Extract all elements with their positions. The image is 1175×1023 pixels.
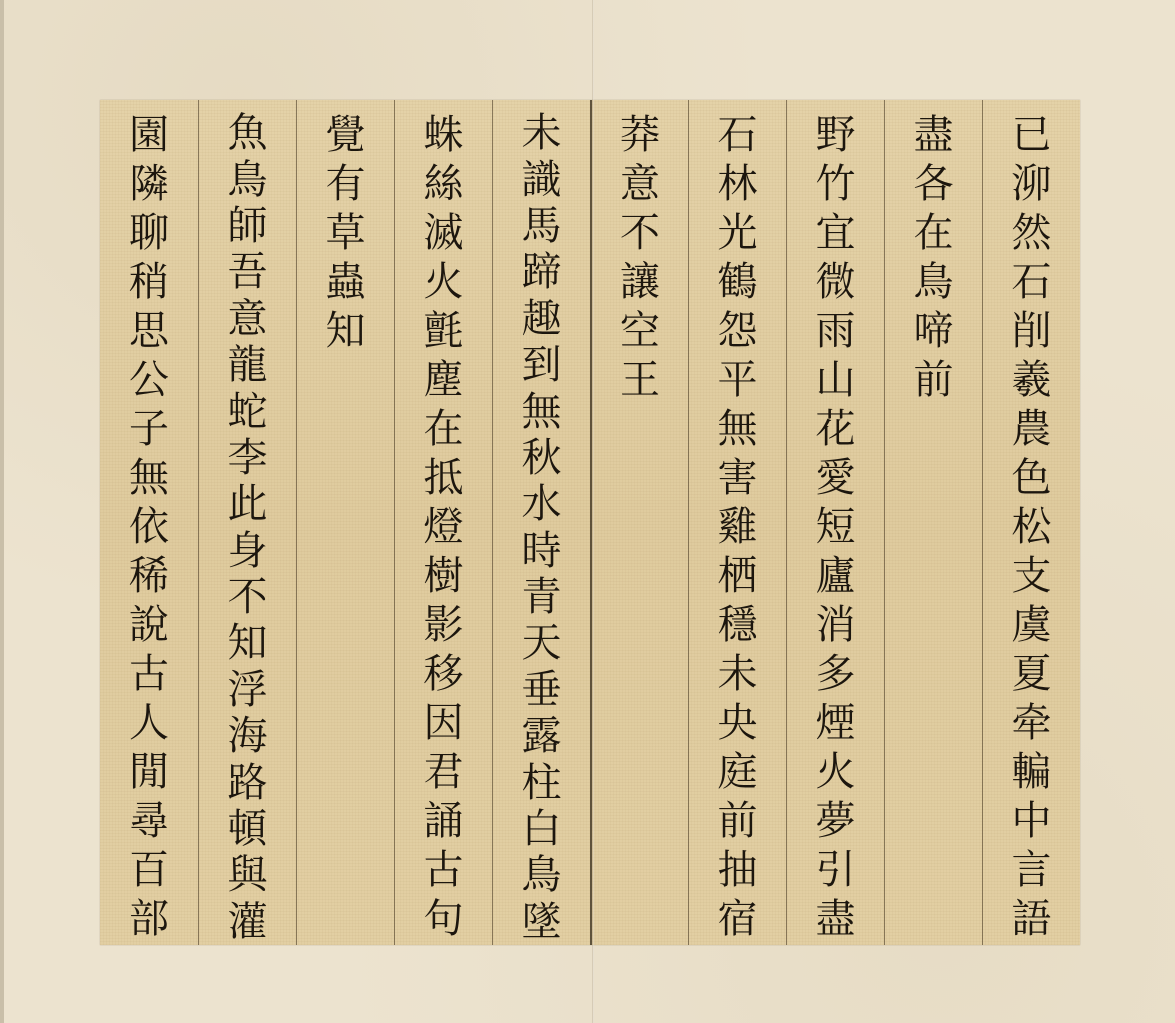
- calligraphy-character: 閒: [129, 747, 169, 796]
- calligraphy-character: 引: [816, 845, 856, 894]
- calligraphy-character: 短: [816, 502, 856, 551]
- calligraphy-character: 庭: [718, 747, 758, 796]
- calligraphy-character: 句: [424, 894, 464, 943]
- calligraphy-character: 花: [816, 404, 856, 453]
- calligraphy-character: 移: [424, 649, 464, 698]
- calligraphy-character: 夢: [816, 796, 856, 845]
- calligraphy-character: 水: [522, 481, 562, 527]
- calligraphy-character: 在: [424, 404, 464, 453]
- calligraphy-character: 有: [326, 159, 366, 208]
- calligraphy-character: 怨: [718, 306, 758, 355]
- calligraphy-character: 燈: [424, 502, 464, 551]
- calligraphy-character: 影: [424, 600, 464, 649]
- calligraphy-character: 然: [1012, 208, 1052, 257]
- calligraphy-character: 山: [816, 355, 856, 404]
- calligraphy-character: 未: [718, 649, 758, 698]
- calligraphy-character: 馬: [522, 203, 562, 249]
- calligraphy-character: 稀: [129, 551, 169, 600]
- calligraphy-character: 鳥: [228, 156, 268, 202]
- calligraphy-character: 無: [129, 453, 169, 502]
- calligraphy-character: 公: [129, 355, 169, 404]
- calligraphy-character: 蛛: [424, 110, 464, 159]
- calligraphy-character: 天: [522, 620, 562, 666]
- calligraphy-character: 覺: [326, 110, 366, 159]
- calligraphy-character: 趣: [522, 296, 562, 342]
- calligraphy-character: 稍: [129, 257, 169, 306]
- text-columns: 已泖然石削羲農色松支虞夏牵䡢中言語 盡各在鳥啼前 野竹宜微雨山花愛短廬消多煙火夢…: [100, 100, 1080, 945]
- calligraphy-character: 海: [228, 713, 268, 759]
- calligraphy-character: 鳥: [522, 852, 562, 898]
- calligraphy-character: 火: [424, 257, 464, 306]
- calligraphy-character: 已: [1012, 110, 1052, 159]
- calligraphy-character: 與: [228, 852, 268, 898]
- calligraphy-character: 羲: [1012, 355, 1052, 404]
- calligraphy-character: 蛇: [228, 388, 268, 434]
- text-column-4: 石林光鶴怨平無害雞栖穩未央庭前抽宿: [688, 100, 786, 945]
- calligraphy-character: 百: [129, 845, 169, 894]
- calligraphy-character: 松: [1012, 502, 1052, 551]
- calligraphy-character: 露: [522, 713, 562, 759]
- calligraphy-character: 火: [816, 747, 856, 796]
- calligraphy-character: 知: [326, 306, 366, 355]
- calligraphy-character: 支: [1012, 551, 1052, 600]
- calligraphy-character: 識: [522, 156, 562, 202]
- calligraphy-character: 莽: [620, 110, 660, 159]
- calligraphy-character: 浮: [228, 667, 268, 713]
- calligraphy-character: 身: [228, 528, 268, 574]
- text-column-7: 蛛絲滅火氈塵在抵燈樹影移因君誦古句: [394, 100, 492, 945]
- page-edge: [0, 0, 4, 1023]
- center-fold: [592, 0, 594, 1023]
- calligraphy-character: 思: [129, 306, 169, 355]
- calligraphy-character: 王: [620, 355, 660, 404]
- calligraphy-character: 時: [522, 528, 562, 574]
- text-column-1: 已泖然石削羲農色松支虞夏牵䡢中言語: [982, 100, 1080, 945]
- calligraphy-character: 路: [228, 759, 268, 805]
- calligraphy-character: 平: [718, 355, 758, 404]
- calligraphy-character: 此: [228, 481, 268, 527]
- calligraphy-character: 古: [129, 649, 169, 698]
- calligraphy-character: 子: [129, 404, 169, 453]
- calligraphy-character: 讓: [620, 257, 660, 306]
- calligraphy-character: 抵: [424, 453, 464, 502]
- calligraphy-character: 吾: [228, 249, 268, 295]
- calligraphy-character: 李: [228, 435, 268, 481]
- calligraphy-character: 盡: [914, 110, 954, 159]
- calligraphy-character: 前: [718, 796, 758, 845]
- calligraphy-character: 抽: [718, 845, 758, 894]
- text-column-6: 未識馬蹄趣到無秋水時青天垂露柱白鳥墜: [492, 100, 590, 945]
- calligraphy-character: 空: [620, 306, 660, 355]
- calligraphy-character: 雨: [816, 306, 856, 355]
- calligraphy-character: 微: [816, 257, 856, 306]
- calligraphy-character: 盡: [816, 894, 856, 943]
- calligraphy-character: 灌: [228, 899, 268, 945]
- calligraphy-character: 栖: [718, 551, 758, 600]
- calligraphy-character: 林: [718, 159, 758, 208]
- calligraphy-character: 野: [816, 110, 856, 159]
- calligraphy-character: 白: [522, 806, 562, 852]
- calligraphy-character: 夏: [1012, 649, 1052, 698]
- text-column-2: 盡各在鳥啼前: [884, 100, 982, 945]
- calligraphy-character: 人: [129, 698, 169, 747]
- silk-panel: 已泖然石削羲農色松支虞夏牵䡢中言語 盡各在鳥啼前 野竹宜微雨山花愛短廬消多煙火夢…: [100, 100, 1080, 945]
- calligraphy-character: 䡢: [1012, 747, 1052, 796]
- text-column-8: 覺有草蟲知: [296, 100, 394, 945]
- calligraphy-character: 雞: [718, 502, 758, 551]
- calligraphy-character: 龍: [228, 342, 268, 388]
- calligraphy-character: 依: [129, 502, 169, 551]
- calligraphy-character: 石: [1012, 257, 1052, 306]
- calligraphy-character: 在: [914, 208, 954, 257]
- calligraphy-character: 愛: [816, 453, 856, 502]
- calligraphy-character: 尋: [129, 796, 169, 845]
- calligraphy-character: 中: [1012, 796, 1052, 845]
- calligraphy-character: 牵: [1012, 698, 1052, 747]
- calligraphy-character: 到: [522, 342, 562, 388]
- calligraphy-character: 魚: [228, 110, 268, 156]
- calligraphy-character: 無: [718, 404, 758, 453]
- calligraphy-character: 說: [129, 600, 169, 649]
- calligraphy-character: 垂: [522, 667, 562, 713]
- calligraphy-character: 不: [228, 574, 268, 620]
- text-column-9: 魚鳥師吾意龍蛇李此身不知浮海路頓與灌: [198, 100, 296, 945]
- calligraphy-character: 石: [718, 110, 758, 159]
- calligraphy-character: 削: [1012, 306, 1052, 355]
- calligraphy-character: 部: [129, 894, 169, 943]
- calligraphy-character: 意: [228, 296, 268, 342]
- calligraphy-character: 消: [816, 600, 856, 649]
- calligraphy-character: 聊: [129, 208, 169, 257]
- calligraphy-character: 語: [1012, 894, 1052, 943]
- calligraphy-character: 宜: [816, 208, 856, 257]
- calligraphy-character: 秋: [522, 435, 562, 481]
- text-column-5: 莽意不讓空王: [590, 100, 688, 945]
- calligraphy-character: 穩: [718, 600, 758, 649]
- calligraphy-character: 蹄: [522, 249, 562, 295]
- calligraphy-character: 知: [228, 620, 268, 666]
- calligraphy-character: 虞: [1012, 600, 1052, 649]
- calligraphy-character: 央: [718, 698, 758, 747]
- calligraphy-character: 君: [424, 747, 464, 796]
- calligraphy-character: 園: [129, 110, 169, 159]
- calligraphy-character: 滅: [424, 208, 464, 257]
- calligraphy-character: 柱: [522, 759, 562, 805]
- calligraphy-character: 絲: [424, 159, 464, 208]
- calligraphy-character: 隣: [129, 159, 169, 208]
- calligraphy-character: 不: [620, 208, 660, 257]
- text-column-3: 野竹宜微雨山花愛短廬消多煙火夢引盡: [786, 100, 884, 945]
- calligraphy-character: 無: [522, 388, 562, 434]
- calligraphy-character: 色: [1012, 453, 1052, 502]
- calligraphy-character: 頓: [228, 806, 268, 852]
- calligraphy-character: 塵: [424, 355, 464, 404]
- calligraphy-character: 誦: [424, 796, 464, 845]
- calligraphy-character: 師: [228, 203, 268, 249]
- calligraphy-character: 蟲: [326, 257, 366, 306]
- calligraphy-character: 害: [718, 453, 758, 502]
- calligraphy-character: 前: [914, 355, 954, 404]
- calligraphy-character: 因: [424, 698, 464, 747]
- calligraphy-character: 氈: [424, 306, 464, 355]
- calligraphy-character: 廬: [816, 551, 856, 600]
- calligraphy-character: 古: [424, 845, 464, 894]
- calligraphy-character: 未: [522, 110, 562, 156]
- calligraphy-character: 鶴: [718, 257, 758, 306]
- calligraphy-character: 意: [620, 159, 660, 208]
- calligraphy-character: 泖: [1012, 159, 1052, 208]
- calligraphy-character: 啼: [914, 306, 954, 355]
- calligraphy-character: 草: [326, 208, 366, 257]
- calligraphy-character: 樹: [424, 551, 464, 600]
- calligraphy-character: 光: [718, 208, 758, 257]
- calligraphy-character: 各: [914, 159, 954, 208]
- calligraphy-character: 青: [522, 574, 562, 620]
- calligraphy-character: 農: [1012, 404, 1052, 453]
- calligraphy-character: 鳥: [914, 257, 954, 306]
- calligraphy-character: 多: [816, 649, 856, 698]
- text-column-10: 園隣聊稍思公子無依稀說古人閒尋百部: [100, 100, 198, 945]
- calligraphy-character: 墜: [522, 899, 562, 945]
- calligraphy-character: 煙: [816, 698, 856, 747]
- calligraphy-character: 竹: [816, 159, 856, 208]
- calligraphy-character: 言: [1012, 845, 1052, 894]
- calligraphy-character: 宿: [718, 894, 758, 943]
